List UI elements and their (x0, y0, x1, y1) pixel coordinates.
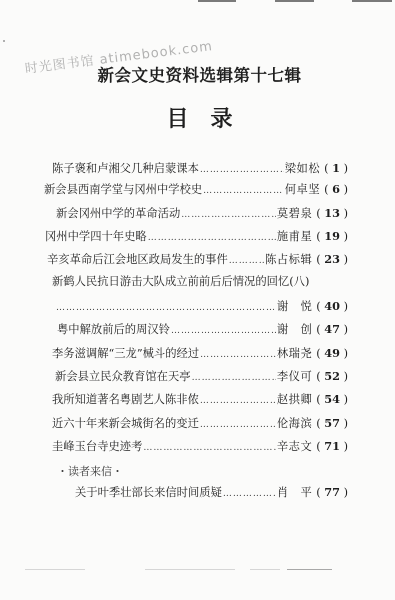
entry-author: 何卓坚 (285, 182, 320, 198)
show-through-mark (145, 569, 235, 570)
dot-leader: …………………………………………………………………………………………………… (171, 323, 276, 339)
entry-page: 57 (316, 415, 348, 432)
entry-author: 陈占标辑 (265, 252, 312, 268)
toc-entry[interactable]: 辛亥革命后江会地区政局发生的事件 ……………………………………………………………… (47, 251, 348, 267)
entry-page: 49 (316, 345, 348, 362)
toc-entry[interactable]: 关于叶季壮部长来信时间质疑 ……………………………………………………………………… (75, 484, 348, 500)
entry-page: 47 (316, 321, 348, 338)
scan-edge-mark (275, 0, 314, 2)
entry-title: 圭峰玉台寺史迹考 (52, 439, 142, 455)
entry-page: 71 (316, 438, 348, 455)
toc-entry[interactable]: 新会县立民众教育馆在天亭 ………………………………………………………………………… (55, 368, 348, 384)
entry-author: 莫碧泉 (277, 206, 312, 222)
entry-page: 19 (316, 228, 348, 245)
entry-title: 粤中解放前后的周汉铃 (57, 322, 170, 338)
toc-entry[interactable]: 冈州中学四十年史略 ………………………………………………………………………………… (45, 228, 348, 244)
entry-title: 关于叶季壮部长来信时间质疑 (75, 485, 222, 501)
entry-author: 施甫星 (277, 229, 312, 245)
section-label-reader-letters: ・读者来信・ (57, 463, 123, 479)
entry-author: 肖 平 (277, 485, 312, 501)
dot-leader: …………………………………………………………………………………………………… (200, 347, 276, 363)
dot-leader: …………………………………………………………………………………………………… (143, 440, 275, 456)
toc-entry-continuation[interactable]: …………………………………………………………………………………………………… 谢… (55, 298, 348, 314)
entry-author: 伦海滨 (277, 416, 312, 432)
dot-leader: …………………………………………………………………………………………………… (223, 486, 276, 502)
entry-page: 52 (316, 368, 348, 385)
toc-entry[interactable]: 李务滋调解“三龙”械斗的经过 …………………………………………………………………… (52, 345, 348, 361)
entry-title: 李务滋调解“三龙”械斗的经过 (52, 346, 199, 362)
scan-edge-mark (352, 0, 392, 2)
dot-leader: …………………………………………………………………………………………………… (200, 162, 284, 178)
toc-entry[interactable]: 陈子褒和卢湘父几种启蒙课本 ……………………………………………………………………… (52, 160, 348, 176)
toc-entry[interactable]: 近六十年来新会城街名的变迁 ……………………………………………………………………… (52, 415, 348, 431)
entry-author: 赵拱卿 (277, 392, 312, 408)
entry-page: 54 (316, 391, 348, 408)
dot-leader: …………………………………………………………………………………………………… (192, 370, 276, 386)
entry-author: 辛志文 (277, 439, 312, 455)
dot-leader: …………………………………………………………………………………………………… (203, 183, 284, 199)
show-through-mark (287, 569, 332, 570)
entry-title: 陈子褒和卢湘父几种启蒙课本 (52, 161, 199, 177)
entry-author: 李仪可 (277, 369, 312, 385)
toc-entry[interactable]: 新会县西南学堂与冈州中学校史 …………………………………………………………………… (44, 181, 348, 197)
entry-title: 新会县立民众教育馆在天亭 (55, 369, 191, 385)
entry-page: 1 (324, 160, 348, 177)
show-through-mark (25, 569, 85, 570)
toc-heading: 目录 (0, 102, 395, 133)
entry-title: 新会冈州中学的革命活动 (56, 206, 180, 222)
toc-entry-title-line[interactable]: 新鹤人民抗日游击大队成立前前后后情况的回忆(八) (52, 274, 348, 290)
entry-page: 23 (316, 251, 348, 268)
dot-leader: …………………………………………………………………………………………………… (56, 300, 276, 316)
scan-speck (3, 40, 5, 42)
entry-title: 新鹤人民抗日游击大队成立前前后后情况的回忆(八) (52, 274, 309, 290)
dot-leader: …………………………………………………………………………………………………… (181, 207, 276, 223)
entry-author: 梁如松 (285, 161, 320, 177)
entry-page: 6 (324, 181, 348, 198)
toc-entry[interactable]: 圭峰玉台寺史迹考 …………………………………………………………………………………… (52, 438, 348, 454)
entry-title: 我所知道著名粤剧艺人陈非侬 (52, 392, 199, 408)
show-through-mark (250, 569, 280, 570)
dot-leader: …………………………………………………………………………………………………… (200, 393, 276, 409)
entry-title: 近六十年来新会城街名的变迁 (52, 416, 199, 432)
entry-title: 冈州中学四十年史略 (45, 229, 147, 245)
entry-author: 谢 悦 (277, 299, 312, 315)
series-title: 新会文史资料选辑第十七辑 (0, 62, 395, 86)
entry-page: 40 (316, 298, 348, 315)
entry-author: 谢 创 (277, 322, 312, 338)
toc-entry[interactable]: 新会冈州中学的革命活动 …………………………………………………………………………… (56, 205, 348, 221)
dot-leader: …………………………………………………………………………………………………… (229, 253, 264, 269)
dot-leader: …………………………………………………………………………………………………… (148, 230, 276, 246)
scan-edge-mark (198, 0, 236, 2)
entry-title: 新会县西南学堂与冈州中学校史 (44, 182, 202, 198)
dot-leader: …………………………………………………………………………………………………… (200, 417, 276, 433)
entry-author: 林瑞尧 (277, 346, 312, 362)
toc-entry[interactable]: 我所知道著名粤剧艺人陈非侬 ……………………………………………………………………… (52, 391, 348, 407)
toc-entry[interactable]: 粤中解放前后的周汉铃 ……………………………………………………………………………… (57, 321, 348, 337)
scanned-page: 时光图书馆 atimebook.com 新会文史资料选辑第十七辑 目录 陈子褒和… (0, 0, 395, 600)
entry-page: 13 (316, 205, 348, 222)
entry-title: 辛亥革命后江会地区政局发生的事件 (47, 252, 228, 268)
entry-page: 77 (316, 484, 348, 501)
